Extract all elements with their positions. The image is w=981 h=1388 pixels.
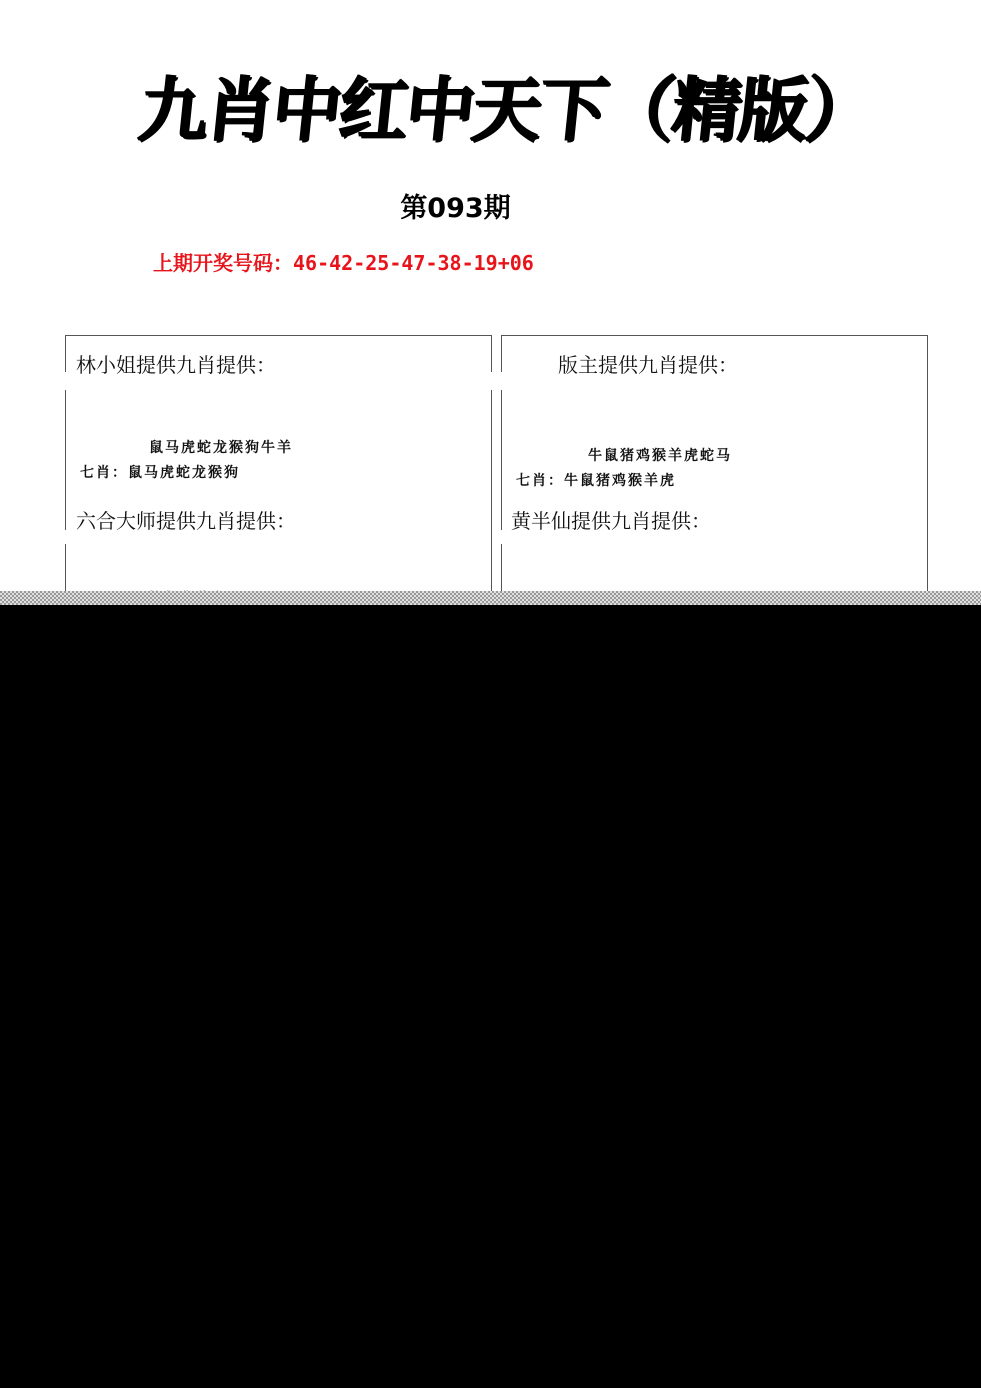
last-draw-label: 上期开奖号码：	[153, 251, 293, 275]
seven-pick-value: 牛鼠猪鸡猴羊虎	[564, 473, 676, 489]
issue-number: 第093期	[0, 186, 981, 225]
border-gap	[496, 530, 508, 544]
dither-stripe	[0, 591, 981, 605]
banner: 九肖中红中天下（精版）	[132, 62, 802, 158]
issue-label: 第093期	[400, 186, 510, 225]
seven-pick-label: 七肖：	[516, 473, 564, 489]
last-draw-numbers: 46-42-25-47-38-19+06	[293, 251, 534, 275]
border-gap	[60, 372, 72, 390]
seven-pick-label: 七肖：	[80, 465, 128, 481]
panel-heading-huang: 黄半仙提供九肖提供：	[511, 505, 711, 534]
panel-heading-banzhu: 版主提供九肖提供：	[558, 349, 738, 378]
lottery-sheet: 九肖中红中天下（精版） 第093期 上期开奖号码：46-42-25-47-38-…	[0, 0, 981, 592]
seven-pick-value: 鼠马虎蛇龙猴狗	[128, 465, 240, 481]
border-gap	[60, 530, 72, 544]
seven-pick-lin: 七肖：鼠马虎蛇龙猴狗	[80, 462, 240, 482]
panel-heading-lin: 林小姐提供九肖提供：	[76, 349, 276, 378]
panel-heading-liuhe: 六合大师提供九肖提供：	[76, 505, 296, 534]
nine-pick-lin: 鼠马虎蛇龙猴狗牛羊	[149, 437, 293, 457]
border-gap	[496, 372, 508, 390]
nine-pick-banzhu: 牛鼠猪鸡猴羊虎蛇马	[588, 445, 732, 465]
border-gap	[486, 372, 496, 390]
banner-title: 九肖中红中天下（精版）	[136, 75, 876, 145]
seven-pick-banzhu: 七肖：牛鼠猪鸡猴羊虎	[516, 470, 676, 490]
redacted-area	[0, 605, 981, 1388]
last-draw-results: 上期开奖号码：46-42-25-47-38-19+06	[153, 247, 534, 276]
